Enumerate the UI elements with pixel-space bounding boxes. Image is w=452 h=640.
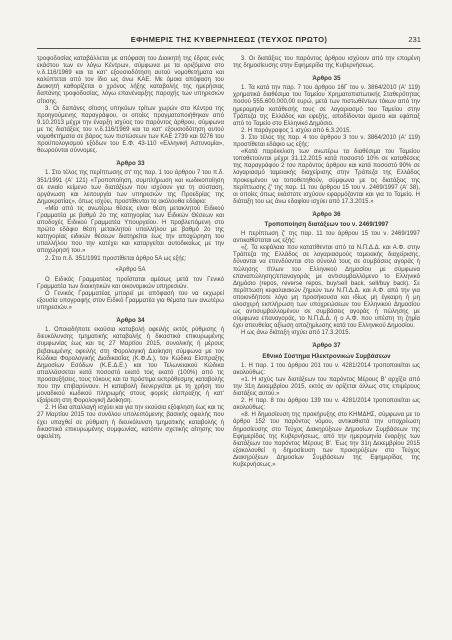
- paragraph: 3. Στο τέλος της παρ. 4 του άρθρου 3 του…: [233, 135, 420, 149]
- page-title: ΕΦΗΜΕΡΙΣ ΤΗΣ ΚΥΒΕΡΝΗΣΕΩΣ (ΤΕΥΧΟΣ ΠΡΩΤΟ): [37, 34, 421, 46]
- paragraph: Η ως άνω διάταξη ισχύει από 17.3.2015.: [233, 330, 420, 337]
- article-heading: Άρθρο 36: [233, 211, 420, 218]
- paragraph: «Μία από τις ανωτέρω θέσεις είναι θέση μ…: [37, 206, 224, 256]
- paragraph: Η περίπτωση ζ' της παρ. 11 του άρθρου 15…: [233, 231, 420, 245]
- left-column: τροφοδοσίας καταβάλλεται με απόφαση του …: [37, 56, 224, 469]
- paragraph: «1. Η ισχύς των διατάξεων του παρόντος Μ…: [233, 377, 420, 398]
- article-subtitle: Εθνικό Σύστημα Ηλεκτρονικών Συμβάσεων: [233, 353, 420, 360]
- paragraph: τροφοδοσίας καταβάλλεται με απόφαση του …: [37, 56, 224, 106]
- paragraph: 3. Οι δαπάνες σίτισης υπηκόων τρίτων χωρ…: [37, 106, 224, 156]
- page-header: ΕΦΗΜΕΡΙΣ ΤΗΣ ΚΥΒΕΡΝΗΣΕΩΣ (ΤΕΥΧΟΣ ΠΡΩΤΟ) …: [37, 34, 421, 46]
- paragraph: 2. Στο π.δ. 351/1991 προστίθεται άρθρο 5…: [37, 256, 224, 263]
- article-heading: Άρθρο 33: [37, 160, 224, 167]
- paragraph: 3. Οι διατάξεις του παρόντος άρθρου ισχύ…: [233, 56, 420, 70]
- page-number: 231: [408, 34, 421, 46]
- paragraph: «8. Η δημοσίευση της προκήρυξης στο ΚΗΜΔ…: [233, 412, 420, 469]
- paragraph: «ζ. Τα κεφάλαια που κατατίθενται από τα …: [233, 245, 420, 330]
- paragraph: 1. Τα κατά την παρ. 7 του άρθρου 16Γ του…: [233, 85, 420, 128]
- article-heading: Άρθρο 37: [233, 342, 420, 349]
- paragraph: 2. Η ίδια απαλλαγή ισχύει και για την εκ…: [37, 405, 224, 440]
- paragraph: 2. Η παράγραφος 1 ισχύει από 6.3.2015.: [233, 128, 420, 135]
- header-rule: [37, 48, 421, 49]
- paragraph: Ο Ειδικός Γραμματέας προΐσταται αμέσως μ…: [37, 277, 224, 291]
- paragraph: 1. Η παρ. 1 του άρθρου 201 του ν. 4281/2…: [233, 363, 420, 377]
- paragraph: Ο Γενικός Γραμματέας μπορεί με απόφασή τ…: [37, 291, 224, 312]
- article-heading: «Άρθρο 5Α: [37, 267, 224, 274]
- gazette-page: ΕΦΗΜΕΡΙΣ ΤΗΣ ΚΥΒΕΡΝΗΣΕΩΣ (ΤΕΥΧΟΣ ΠΡΩΤΟ) …: [0, 0, 452, 640]
- right-column: 3. Οι διατάξεις του παρόντος άρθρου ισχύ…: [233, 56, 420, 469]
- article-heading: Άρθρο 34: [37, 317, 224, 324]
- article-subtitle: Τροποποίηση διατάξεων του ν. 2469/1997: [233, 221, 420, 228]
- paragraph: «Κατά παρέκκλιση των ανωτέρω τα διαθέσιμ…: [233, 149, 420, 206]
- paragraph: 1. Στο τέλος της περίπτωσης στ' της παρ.…: [37, 170, 224, 205]
- article-heading: Άρθρο 35: [233, 75, 420, 82]
- paragraph: 2. Η παρ. 8 του άρθρου 139 του ν. 4281/2…: [233, 398, 420, 412]
- paragraph: 1. Οποιαδήποτε εκούσια καταβολή οφειλής …: [37, 327, 224, 405]
- text-columns: τροφοδοσίας καταβάλλεται με απόφαση του …: [37, 56, 421, 469]
